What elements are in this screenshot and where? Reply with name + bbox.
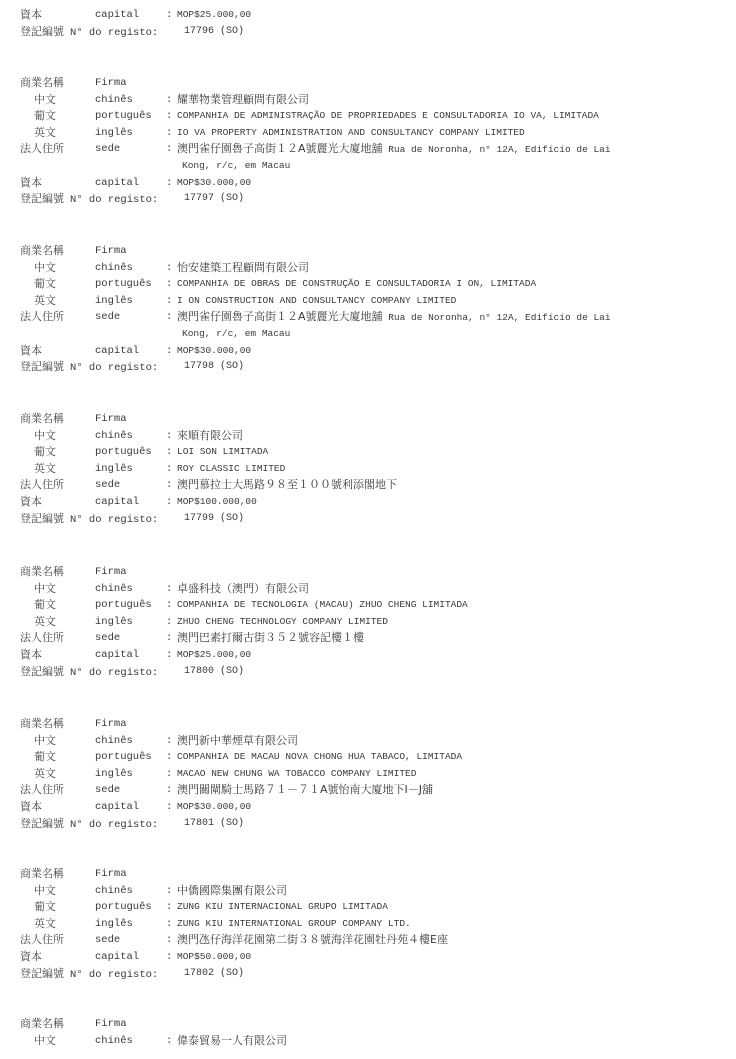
registo-value: 17800 (SO) <box>184 664 244 681</box>
colon: : <box>166 444 172 461</box>
sede-continuation-row: Kong, r/c, em Macau <box>0 158 736 175</box>
company-entry: 商業名稱 Firma 中文 chinês : 澳門新中華煙草有限公司 葡文 po… <box>0 716 736 832</box>
ingles-row: 英文 inglês : ZHUO CHENG TECHNOLOGY COMPAN… <box>0 614 736 631</box>
colon: : <box>166 1033 172 1050</box>
ingles-value: IO VA PROPERTY ADMINISTRATION AND CONSUL… <box>177 125 525 142</box>
colon: : <box>166 883 172 900</box>
colon: : <box>166 581 172 598</box>
ingles-label-zh: 英文 <box>34 125 56 142</box>
sede-label-zh: 法人住所 <box>20 932 64 949</box>
capital-label-zh: 資本 <box>20 7 42 24</box>
sede-label-zh: 法人住所 <box>20 141 64 158</box>
chines-row: 中文 chinês : 偉泰貿易一人有限公司 <box>0 1033 736 1050</box>
sede-value: 澳門氹仔海洋花園第二街３８號海洋花園牡丹苑４樓E座 <box>177 932 448 950</box>
ingles-label-pt: inglês <box>95 461 133 478</box>
capital-label-pt: capital <box>95 494 139 511</box>
registo-value: 17797 (SO) <box>184 191 244 208</box>
portugues-label-pt: português <box>95 444 152 461</box>
capital-label-zh: 資本 <box>20 494 42 511</box>
chines-row: 中文 chinês : 來順有限公司 <box>0 428 736 445</box>
chines-row: 中文 chinês : 耀華物業管理顧問有限公司 <box>0 92 736 109</box>
ingles-value: ROY CLASSIC LIMITED <box>177 461 285 478</box>
portugues-value: COMPANHIA DE TECNOLOGIA (MACAU) ZHUO CHE… <box>177 597 468 614</box>
chines-label-pt: chinês <box>95 733 133 750</box>
colon: : <box>166 733 172 750</box>
capital-label-zh: 資本 <box>20 949 42 966</box>
chines-value: 澳門新中華煙草有限公司 <box>177 733 298 751</box>
company-entry: 商業名稱 Firma 中文 chinês : 中僑國際集團有限公司 葡文 por… <box>0 866 736 982</box>
colon: : <box>166 597 172 614</box>
ingles-label-pt: inglês <box>95 916 133 933</box>
sede-label-zh: 法人住所 <box>20 309 64 326</box>
firma-label-pt: Firma <box>95 564 127 581</box>
company-entry: 商業名稱 Firma 中文 chinês : 怡安建築工程顧問有限公司 葡文 p… <box>0 243 736 376</box>
sede-value: 澳門雀仔園魯子高街１２A號麗光大廈地舖 Rua de Noronha, n° 1… <box>177 141 611 159</box>
ingles-label-pt: inglês <box>95 293 133 310</box>
ingles-row: 英文 inglês : ROY CLASSIC LIMITED <box>0 461 736 478</box>
chines-label-zh: 中文 <box>34 581 56 598</box>
chines-value: 偉泰貿易一人有限公司 <box>177 1033 287 1051</box>
firma-label-zh: 商業名稱 <box>20 243 64 260</box>
colon: : <box>166 7 172 24</box>
capital-value: MOP$50.000,00 <box>177 949 251 966</box>
colon: : <box>166 428 172 445</box>
sede-row: 法人住所 sede : 澳門雀仔園魯子高街１２A號麗光大廈地舖 Rua de N… <box>0 141 736 158</box>
colon: : <box>166 916 172 933</box>
portugues-label-pt: português <box>95 276 152 293</box>
capital-label-pt: capital <box>95 949 139 966</box>
firma-label-pt: Firma <box>95 716 127 733</box>
capital-label-zh: 資本 <box>20 175 42 192</box>
capital-value: MOP$30.000,00 <box>177 343 251 360</box>
portugues-value: COMPANHIA DE MACAU NOVA CHONG HUA TABACO… <box>177 749 462 766</box>
firma-label-zh: 商業名稱 <box>20 75 64 92</box>
chines-value: 中僑國際集團有限公司 <box>177 883 287 901</box>
capital-value: MOP$25.000,00 <box>177 647 251 664</box>
company-entry: 商業名稱 Firma 中文 chinês : 來順有限公司 葡文 portugu… <box>0 411 736 527</box>
colon: : <box>166 647 172 664</box>
firma-row: 商業名稱 Firma <box>0 411 736 428</box>
ingles-row: 英文 inglês : ZUNG KIU INTERNATIONAL GROUP… <box>0 916 736 933</box>
portugues-label-zh: 葡文 <box>34 108 56 125</box>
ingles-row: 英文 inglês : IO VA PROPERTY ADMINISTRATIO… <box>0 125 736 142</box>
ingles-label-zh: 英文 <box>34 293 56 310</box>
ingles-label-zh: 英文 <box>34 916 56 933</box>
chines-row: 中文 chinês : 中僑國際集團有限公司 <box>0 883 736 900</box>
portugues-row: 葡文 português : COMPANHIA DE MACAU NOVA C… <box>0 749 736 766</box>
chines-label-zh: 中文 <box>34 428 56 445</box>
firma-label-pt: Firma <box>95 1016 127 1033</box>
sede-value: 澳門關閘騎士馬路７１－７１A號怡南大廈地下I－J舖 <box>177 782 433 800</box>
colon: : <box>166 260 172 277</box>
ingles-label-pt: inglês <box>95 614 133 631</box>
colon: : <box>166 92 172 109</box>
chines-label-pt: chinês <box>95 260 133 277</box>
chines-label-pt: chinês <box>95 1033 133 1050</box>
portugues-label-pt: português <box>95 597 152 614</box>
sede-label-zh: 法人住所 <box>20 630 64 647</box>
firma-row: 商業名稱 Firma <box>0 866 736 883</box>
ingles-row: 英文 inglês : I ON CONSTRUCTION AND CONSUL… <box>0 293 736 310</box>
capital-value: MOP$100.000,00 <box>177 494 257 511</box>
portugues-row: 葡文 português : COMPANHIA DE OBRAS DE CON… <box>0 276 736 293</box>
ingles-label-zh: 英文 <box>34 614 56 631</box>
portugues-row: 葡文 português : ZUNG KIU INTERNACIONAL GR… <box>0 899 736 916</box>
colon: : <box>166 309 172 326</box>
capital-row: 資本 capital : MOP$30.000,00 <box>0 799 736 816</box>
registo-row: 登記編號 N° do registo: 17796 (SO) <box>0 24 736 41</box>
chines-label-pt: chinês <box>95 883 133 900</box>
colon: : <box>166 276 172 293</box>
portugues-value: ZUNG KIU INTERNACIONAL GRUPO LIMITADA <box>177 899 388 916</box>
registo-value: 17802 (SO) <box>184 966 244 983</box>
colon: : <box>166 293 172 310</box>
ingles-label-zh: 英文 <box>34 461 56 478</box>
firma-row: 商業名稱 Firma <box>0 716 736 733</box>
sede-label-pt: sede <box>95 309 120 326</box>
firma-label-pt: Firma <box>95 411 127 428</box>
registo-label: 登記編號 N° do registo: <box>20 191 158 210</box>
colon: : <box>166 782 172 799</box>
colon: : <box>166 125 172 142</box>
ingles-value: I ON CONSTRUCTION AND CONSULTANCY COMPAN… <box>177 293 456 310</box>
portugues-label-zh: 葡文 <box>34 749 56 766</box>
sede-label-pt: sede <box>95 932 120 949</box>
portugues-label-pt: português <box>95 749 152 766</box>
chines-label-zh: 中文 <box>34 733 56 750</box>
sede-continuation-row: Kong, r/c, em Macau <box>0 326 736 343</box>
sede-label-pt: sede <box>95 141 120 158</box>
ingles-value: MACAO NEW CHUNG WA TOBACCO COMPANY LIMIT… <box>177 766 416 783</box>
colon: : <box>166 494 172 511</box>
portugues-row: 葡文 português : LOI SON LIMITADA <box>0 444 736 461</box>
capital-row: 資本 capital : MOP$50.000,00 <box>0 949 736 966</box>
capital-label-pt: capital <box>95 647 139 664</box>
sede-row: 法人住所 sede : 澳門關閘騎士馬路７１－７１A號怡南大廈地下I－J舖 <box>0 782 736 799</box>
capital-label-pt: capital <box>95 7 139 24</box>
sede-label-zh: 法人住所 <box>20 782 64 799</box>
company-entry: 商業名稱 Firma 中文 chinês : 卓盛科技（澳門）有限公司 葡文 p… <box>0 564 736 680</box>
portugues-value: COMPANHIA DE ADMINISTRAÇÃO DE PROPRIEDAD… <box>177 108 599 125</box>
ingles-label-pt: inglês <box>95 125 133 142</box>
firma-label-pt: Firma <box>95 75 127 92</box>
entry-partial-top: 資本 capital : MOP$25.000,00 登記編號 N° do re… <box>0 7 736 40</box>
sede-label-zh: 法人住所 <box>20 477 64 494</box>
registo-label: 登記編號 N° do registo: <box>20 359 158 378</box>
capital-value: MOP$25.000,00 <box>177 7 251 24</box>
registo-row: 登記編號 N° do registo: 17800 (SO) <box>0 664 736 681</box>
firma-label-pt: Firma <box>95 243 127 260</box>
registo-label: 登記編號 N° do registo: <box>20 664 158 683</box>
document-page: 資本 capital : MOP$25.000,00 登記編號 N° do re… <box>0 0 736 1059</box>
sede-row: 法人住所 sede : 澳門巴素打爾古街３５２號容記樓１樓 <box>0 630 736 647</box>
chines-label-zh: 中文 <box>34 260 56 277</box>
firma-row: 商業名稱 Firma <box>0 564 736 581</box>
colon: : <box>166 343 172 360</box>
colon: : <box>166 461 172 478</box>
chines-label-pt: chinês <box>95 92 133 109</box>
portugues-label-pt: português <box>95 899 152 916</box>
sede-value: 澳門慕拉士大馬路９８至１００號利添閣地下 <box>177 477 397 495</box>
registo-row: 登記編號 N° do registo: 17799 (SO) <box>0 511 736 528</box>
colon: : <box>166 749 172 766</box>
colon: : <box>166 175 172 192</box>
portugues-row: 葡文 português : COMPANHIA DE TECNOLOGIA (… <box>0 597 736 614</box>
ingles-label-zh: 英文 <box>34 766 56 783</box>
company-entry-partial: 商業名稱 Firma 中文 chinês : 偉泰貿易一人有限公司 <box>0 1016 736 1049</box>
sede-row: 法人住所 sede : 澳門氹仔海洋花園第二街３８號海洋花園牡丹苑４樓E座 <box>0 932 736 949</box>
portugues-label-zh: 葡文 <box>34 899 56 916</box>
colon: : <box>166 932 172 949</box>
chines-value: 卓盛科技（澳門）有限公司 <box>177 581 309 599</box>
portugues-value: COMPANHIA DE OBRAS DE CONSTRUÇÃO E CONSU… <box>177 276 536 293</box>
sede-label-pt: sede <box>95 630 120 647</box>
registo-label: 登記編號 N° do registo: <box>20 24 158 43</box>
capital-row: 資本 capital : MOP$25.000,00 <box>0 7 736 24</box>
sede-label-pt: sede <box>95 477 120 494</box>
firma-label-zh: 商業名稱 <box>20 564 64 581</box>
chines-value: 怡安建築工程顧問有限公司 <box>177 260 309 278</box>
ingles-value: ZHUO CHENG TECHNOLOGY COMPANY LIMITED <box>177 614 388 631</box>
sede-value: 澳門巴素打爾古街３５２號容記樓１樓 <box>177 630 364 648</box>
capital-label-zh: 資本 <box>20 647 42 664</box>
registo-row: 登記編號 N° do registo: 17797 (SO) <box>0 191 736 208</box>
registo-value: 17801 (SO) <box>184 816 244 833</box>
portugues-label-zh: 葡文 <box>34 276 56 293</box>
portugues-row: 葡文 português : COMPANHIA DE ADMINISTRAÇÃ… <box>0 108 736 125</box>
portugues-label-zh: 葡文 <box>34 597 56 614</box>
capital-value: MOP$30.000,00 <box>177 799 251 816</box>
capital-label-zh: 資本 <box>20 343 42 360</box>
colon: : <box>166 614 172 631</box>
colon: : <box>166 949 172 966</box>
firma-label-zh: 商業名稱 <box>20 1016 64 1033</box>
chines-label-zh: 中文 <box>34 92 56 109</box>
chines-value: 耀華物業管理顧問有限公司 <box>177 92 309 110</box>
capital-row: 資本 capital : MOP$100.000,00 <box>0 494 736 511</box>
capital-row: 資本 capital : MOP$25.000,00 <box>0 647 736 664</box>
registo-row: 登記編號 N° do registo: 17801 (SO) <box>0 816 736 833</box>
sede-value-continued: Kong, r/c, em Macau <box>182 158 290 175</box>
firma-row: 商業名稱 Firma <box>0 243 736 260</box>
registo-label: 登記編號 N° do registo: <box>20 966 158 985</box>
colon: : <box>166 141 172 158</box>
registo-value: 17799 (SO) <box>184 511 244 528</box>
capital-label-zh: 資本 <box>20 799 42 816</box>
registo-label: 登記編號 N° do registo: <box>20 816 158 835</box>
chines-label-pt: chinês <box>95 428 133 445</box>
firma-label-zh: 商業名稱 <box>20 716 64 733</box>
sede-row: 法人住所 sede : 澳門雀仔園魯子高街１２A號麗光大廈地舖 Rua de N… <box>0 309 736 326</box>
registo-value: 17796 (SO) <box>184 24 244 41</box>
chines-label-zh: 中文 <box>34 883 56 900</box>
registo-label: 登記編號 N° do registo: <box>20 511 158 530</box>
colon: : <box>166 108 172 125</box>
company-entry: 商業名稱 Firma 中文 chinês : 耀華物業管理顧問有限公司 葡文 p… <box>0 75 736 208</box>
firma-label-pt: Firma <box>95 866 127 883</box>
colon: : <box>166 899 172 916</box>
sede-label-pt: sede <box>95 782 120 799</box>
capital-row: 資本 capital : MOP$30.000,00 <box>0 343 736 360</box>
colon: : <box>166 766 172 783</box>
capital-row: 資本 capital : MOP$30.000,00 <box>0 175 736 192</box>
chines-row: 中文 chinês : 卓盛科技（澳門）有限公司 <box>0 581 736 598</box>
capital-value: MOP$30.000,00 <box>177 175 251 192</box>
portugues-label-zh: 葡文 <box>34 444 56 461</box>
portugues-label-pt: português <box>95 108 152 125</box>
sede-value: 澳門雀仔園魯子高街１２A號麗光大廈地舖 Rua de Noronha, n° 1… <box>177 309 611 327</box>
registo-row: 登記編號 N° do registo: 17802 (SO) <box>0 966 736 983</box>
firma-row: 商業名稱 Firma <box>0 1016 736 1033</box>
registo-row: 登記編號 N° do registo: 17798 (SO) <box>0 359 736 376</box>
colon: : <box>166 630 172 647</box>
colon: : <box>166 477 172 494</box>
ingles-row: 英文 inglês : MACAO NEW CHUNG WA TOBACCO C… <box>0 766 736 783</box>
ingles-value: ZUNG KIU INTERNATIONAL GROUP COMPANY LTD… <box>177 916 411 933</box>
capital-label-pt: capital <box>95 175 139 192</box>
chines-row: 中文 chinês : 怡安建築工程顧問有限公司 <box>0 260 736 277</box>
firma-label-zh: 商業名稱 <box>20 411 64 428</box>
portugues-value: LOI SON LIMITADA <box>177 444 268 461</box>
registo-value: 17798 (SO) <box>184 359 244 376</box>
chines-label-zh: 中文 <box>34 1033 56 1050</box>
ingles-label-pt: inglês <box>95 766 133 783</box>
chines-label-pt: chinês <box>95 581 133 598</box>
sede-row: 法人住所 sede : 澳門慕拉士大馬路９８至１００號利添閣地下 <box>0 477 736 494</box>
firma-row: 商業名稱 Firma <box>0 75 736 92</box>
chines-value: 來順有限公司 <box>177 428 243 446</box>
sede-value-continued: Kong, r/c, em Macau <box>182 326 290 343</box>
capital-label-pt: capital <box>95 343 139 360</box>
colon: : <box>166 799 172 816</box>
capital-label-pt: capital <box>95 799 139 816</box>
firma-label-zh: 商業名稱 <box>20 866 64 883</box>
chines-row: 中文 chinês : 澳門新中華煙草有限公司 <box>0 733 736 750</box>
